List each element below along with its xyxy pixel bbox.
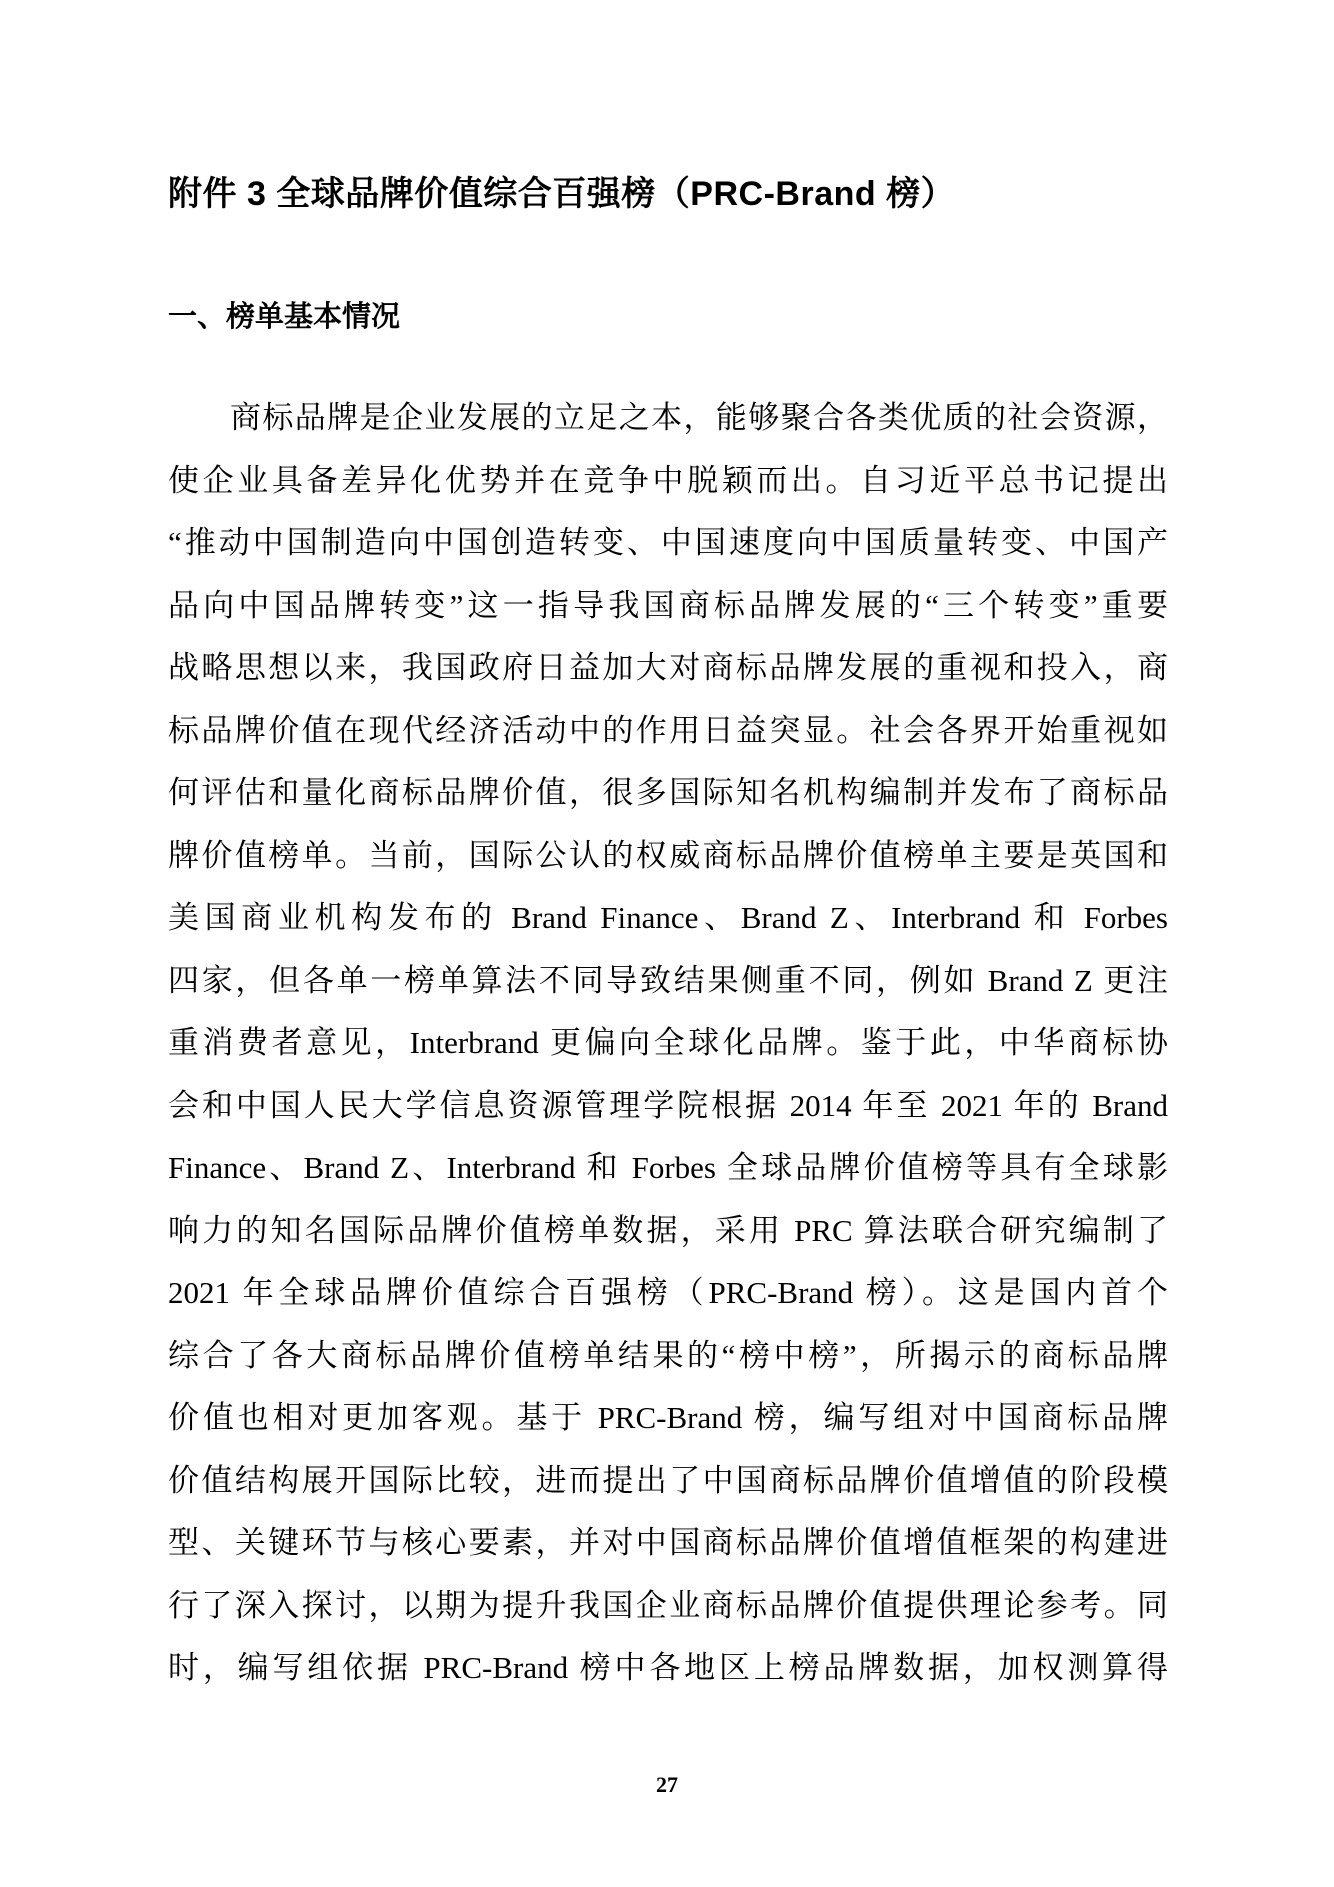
- paragraph-line: 标品牌价值在现代经济活动中的作用日益突显。社会各界开始重视如: [168, 700, 1168, 763]
- paragraph-line: 品向中国品牌转变”这一指导我国商标品牌发展的“三个转变”重要: [168, 575, 1168, 638]
- page-number: 27: [0, 1772, 1334, 1798]
- paragraph-line: 重消费者意见，Interbrand 更偏向全球化品牌。鉴于此，中华商标协: [168, 1012, 1168, 1075]
- page-title: 附件 3 全球品牌价值综合百强榜（PRC-Brand 榜）: [168, 172, 1178, 216]
- paragraph-line: Finance、Brand Z、Interbrand 和 Forbes 全球品牌…: [168, 1137, 1168, 1200]
- paragraph-line: 何评估和量化商标品牌价值，很多国际知名机构编制并发布了商标品: [168, 762, 1168, 825]
- paragraph-line: 牌价值榜单。当前，国际公认的权威商标品牌价值榜单主要是英国和: [168, 825, 1168, 888]
- paragraph-line: 商标品牌是企业发展的立足之本，能够聚合各类优质的社会资源，: [168, 387, 1168, 450]
- paragraph-line: 2021 年全球品牌价值综合百强榜（PRC-Brand 榜）。这是国内首个: [168, 1262, 1168, 1325]
- paragraph: 商标品牌是企业发展的立足之本，能够聚合各类优质的社会资源， 使企业具备差异化优势…: [168, 387, 1168, 1700]
- paragraph-line: 四家，但各单一榜单算法不同导致结果侧重不同，例如 Brand Z 更注: [168, 950, 1168, 1013]
- paragraph-line: 价值结构展开国际比较，进而提出了中国商标品牌价值增值的阶段模: [168, 1450, 1168, 1513]
- paragraph-line: 价值也相对更加客观。基于 PRC-Brand 榜，编写组对中国商标品牌: [168, 1387, 1168, 1450]
- paragraph-line: 综合了各大商标品牌价值榜单结果的“榜中榜”，所揭示的商标品牌: [168, 1325, 1168, 1388]
- paragraph-line: 使企业具备差异化优势并在竞争中脱颖而出。自习近平总书记提出: [168, 450, 1168, 513]
- paragraph-line: 战略思想以来，我国政府日益加大对商标品牌发展的重视和投入，商: [168, 637, 1168, 700]
- paragraph-line: “推动中国制造向中国创造转变、中国速度向中国质量转变、中国产: [168, 512, 1168, 575]
- document-page: 附件 3 全球品牌价值综合百强榜（PRC-Brand 榜） 一、榜单基本情况 商…: [0, 0, 1334, 1887]
- section-heading: 一、榜单基本情况: [168, 298, 400, 336]
- paragraph-line: 时，编写组依据 PRC-Brand 榜中各地区上榜品牌数据，加权测算得: [168, 1637, 1168, 1700]
- paragraph-line: 行了深入探讨，以期为提升我国企业商标品牌价值提供理论参考。同: [168, 1575, 1168, 1638]
- paragraph-line: 美国商业机构发布的 Brand Finance、Brand Z、Interbra…: [168, 887, 1168, 950]
- paragraph-line: 响力的知名国际品牌价值榜单数据，采用 PRC 算法联合研究编制了: [168, 1200, 1168, 1263]
- paragraph-line: 会和中国人民大学信息资源管理学院根据 2014 年至 2021 年的 Brand: [168, 1075, 1168, 1138]
- paragraph-line: 型、关键环节与核心要素，并对中国商标品牌价值增值框架的构建进: [168, 1512, 1168, 1575]
